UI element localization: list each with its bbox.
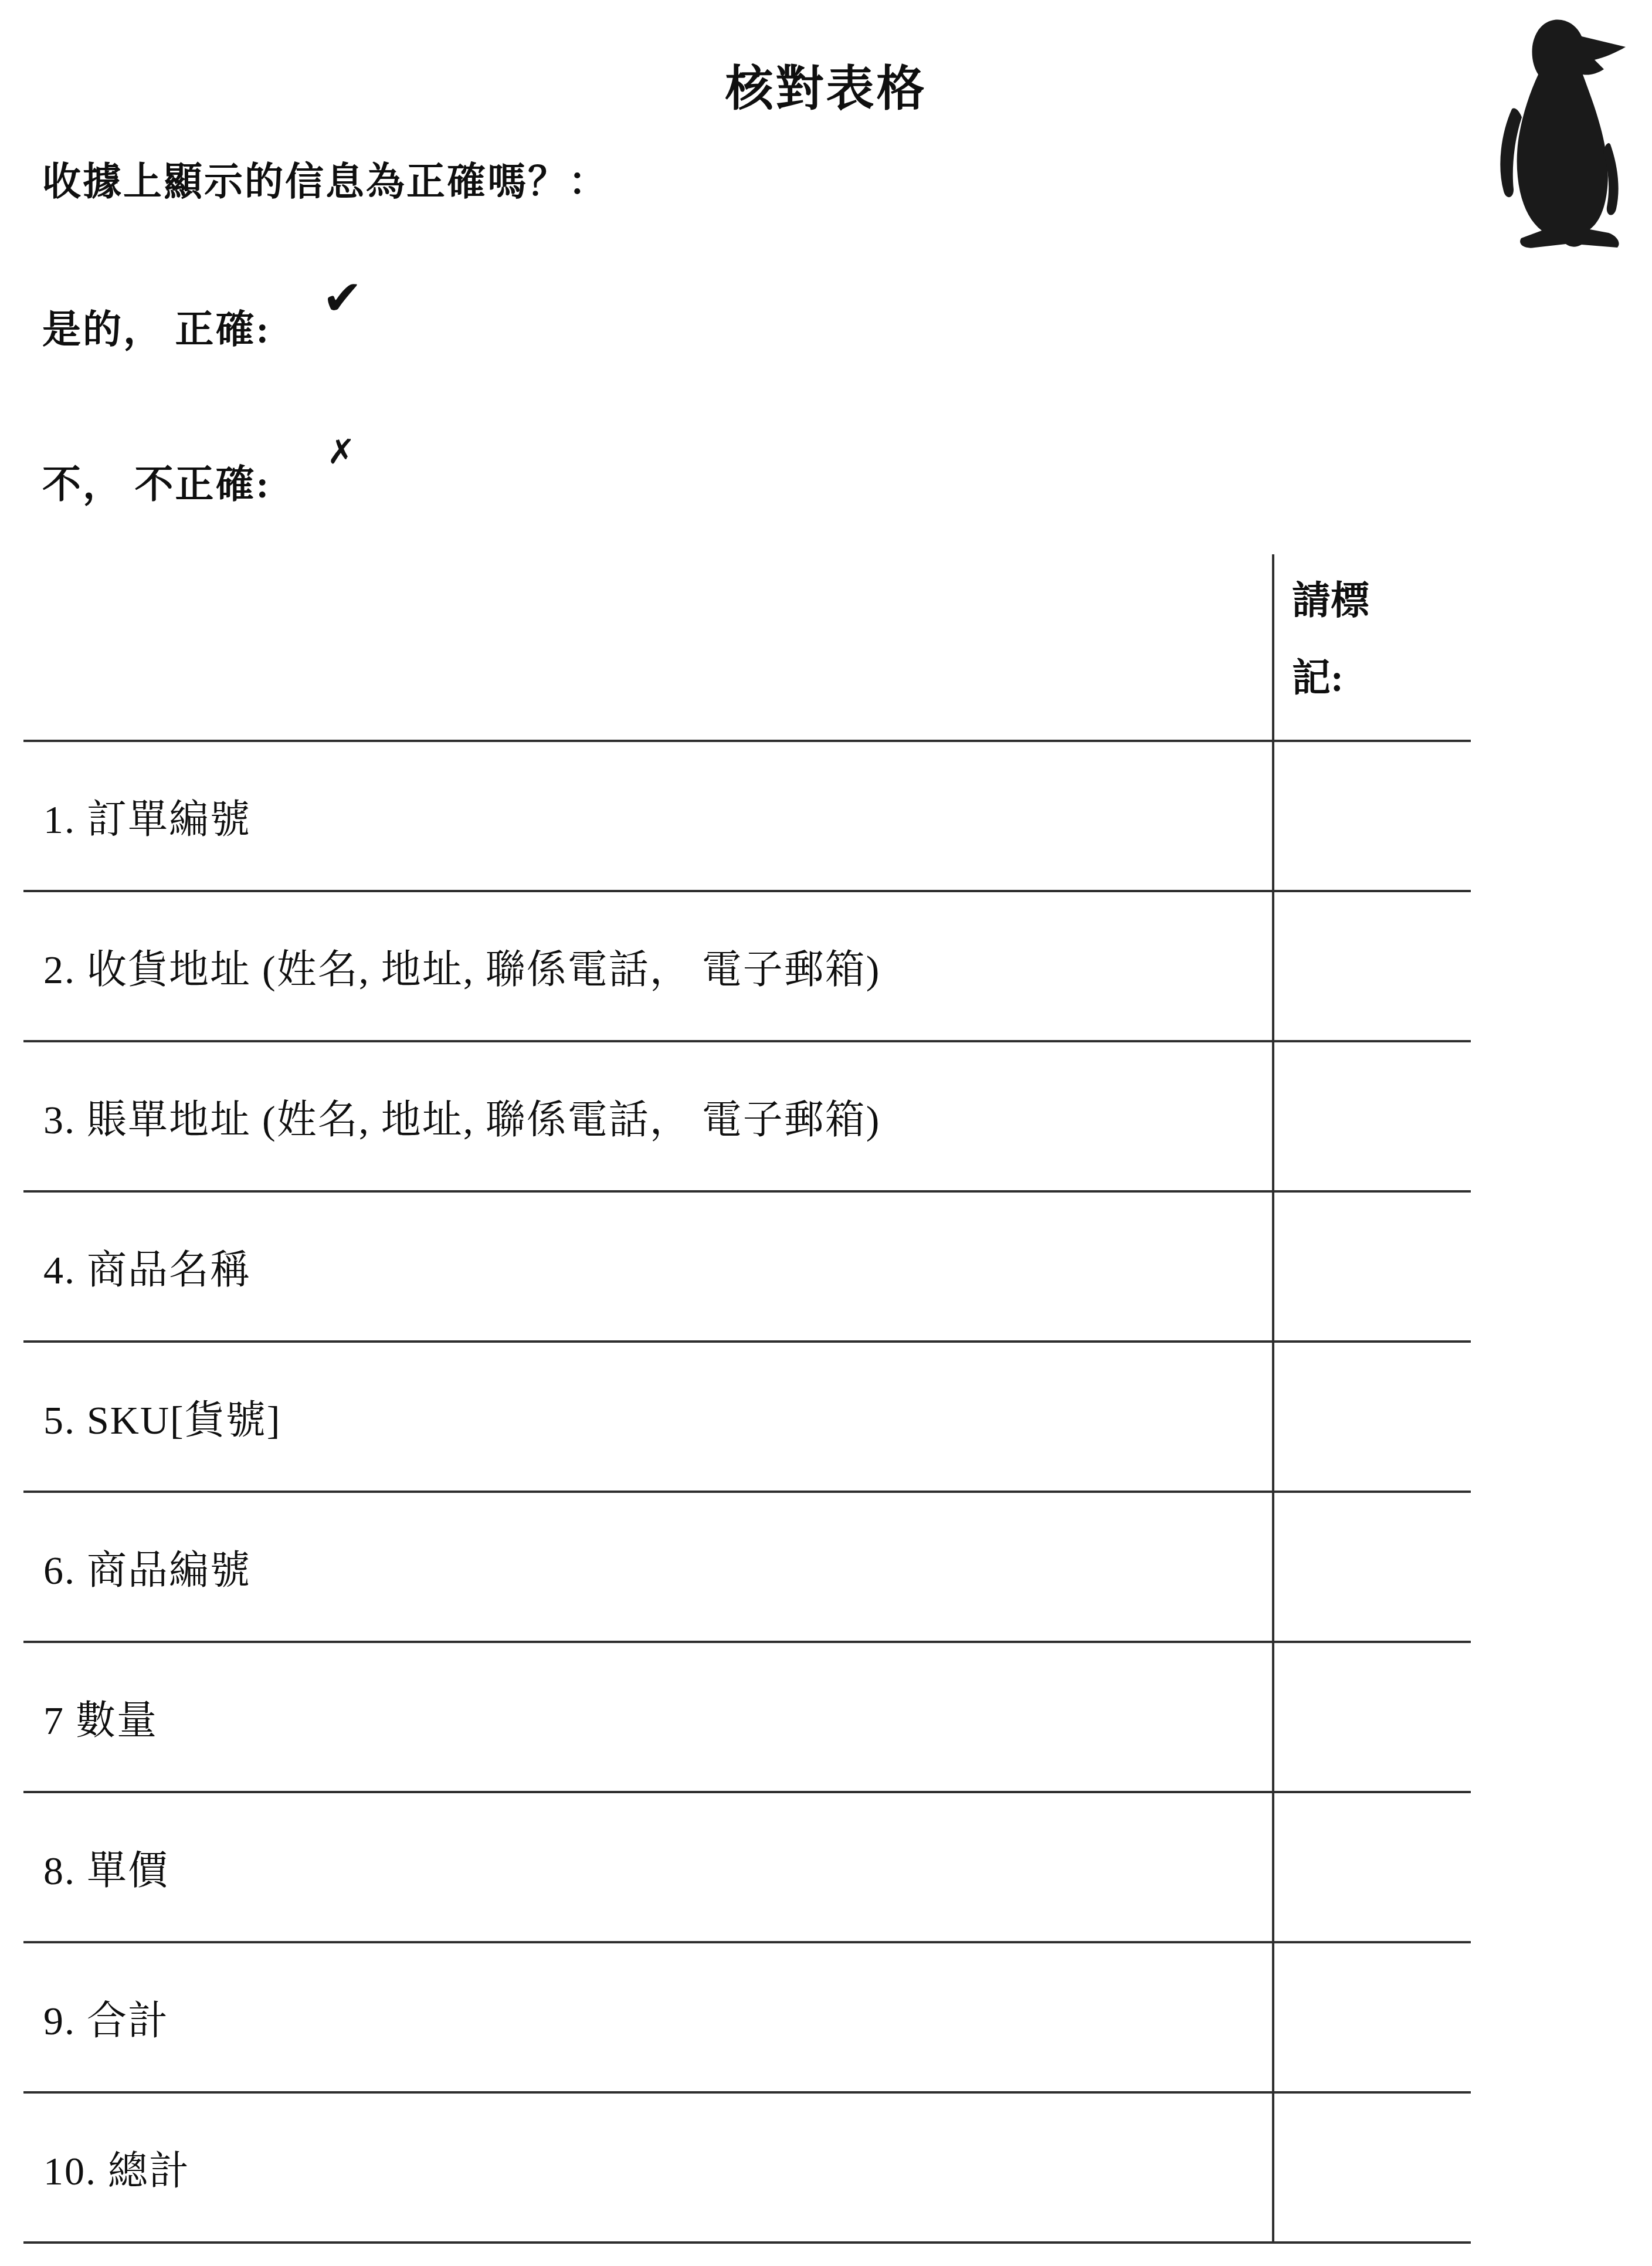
row-label: 6. 商品編號 — [23, 1493, 1272, 1641]
checklist-table: 請標記: 1. 訂單編號 2. 收貨地址 (姓名, 地址, 聯係電話， 電子郵箱… — [23, 554, 1471, 2244]
table-row-quantity: 7 數量 — [23, 1643, 1471, 1793]
mark-cell[interactable] — [1272, 1493, 1471, 1641]
mark-cell[interactable] — [1272, 1793, 1471, 1941]
table-row-sku: 5. SKU[貨號] — [23, 1343, 1471, 1493]
mark-cell[interactable] — [1272, 1643, 1471, 1791]
mark-cell[interactable] — [1272, 1042, 1471, 1190]
table-header-row: 請標記: — [23, 554, 1471, 742]
table-row-subtotal: 9. 合計 — [23, 1943, 1471, 2094]
table-row-item-number: 6. 商品編號 — [23, 1493, 1471, 1643]
table-row-grand-total: 10. 總計 — [23, 2094, 1471, 2244]
row-label: 7 數量 — [23, 1643, 1272, 1791]
yes-label: 是的， 正確: — [42, 309, 270, 351]
mark-cell[interactable] — [1272, 1943, 1471, 2091]
mark-cell[interactable] — [1272, 892, 1471, 1040]
page-title: 核對表格 — [0, 50, 1652, 119]
row-label: 8. 單價 — [23, 1793, 1272, 1941]
mark-column-header-label: 請標記: — [1292, 563, 1383, 717]
mark-cell[interactable] — [1272, 742, 1471, 890]
no-option-row: 不， 不正確:✗ — [42, 453, 355, 509]
mark-column-header: 請標記: — [1272, 554, 1471, 740]
row-label: 4. 商品名稱 — [23, 1193, 1272, 1340]
table-row-shipping-address: 2. 收貨地址 (姓名, 地址, 聯係電話， 電子郵箱) — [23, 892, 1471, 1042]
no-label: 不， 不正確: — [42, 463, 270, 506]
table-row-order-number: 1. 訂單編號 — [23, 742, 1471, 892]
mark-cell[interactable] — [1272, 2094, 1471, 2241]
row-label: 9. 合計 — [23, 1943, 1272, 2091]
table-row-product-name: 4. 商品名稱 — [23, 1193, 1471, 1343]
mark-cell[interactable] — [1272, 1193, 1471, 1340]
row-label: 3. 賬單地址 (姓名, 地址, 聯係電話， 電子郵箱) — [23, 1042, 1272, 1190]
checkmark-icon: ✔ — [322, 270, 362, 326]
table-row-billing-address: 3. 賬單地址 (姓名, 地址, 聯係電話， 電子郵箱) — [23, 1042, 1471, 1193]
cross-icon: ✗ — [327, 432, 355, 472]
yes-option-row: 是的， 正確:✔ — [42, 298, 362, 354]
row-label: 10. 總計 — [23, 2094, 1272, 2241]
mark-cell[interactable] — [1272, 1343, 1471, 1491]
row-label: 1. 訂單編號 — [23, 742, 1272, 890]
question-text: 收據上顯示的信息為正確嗎？： — [42, 150, 609, 206]
row-label: 5. SKU[貨號] — [23, 1343, 1272, 1491]
row-label: 2. 收貨地址 (姓名, 地址, 聯係電話， 電子郵箱) — [23, 892, 1272, 1040]
table-row-unit-price: 8. 單價 — [23, 1793, 1471, 1943]
header-spacer-cell — [23, 554, 1272, 740]
